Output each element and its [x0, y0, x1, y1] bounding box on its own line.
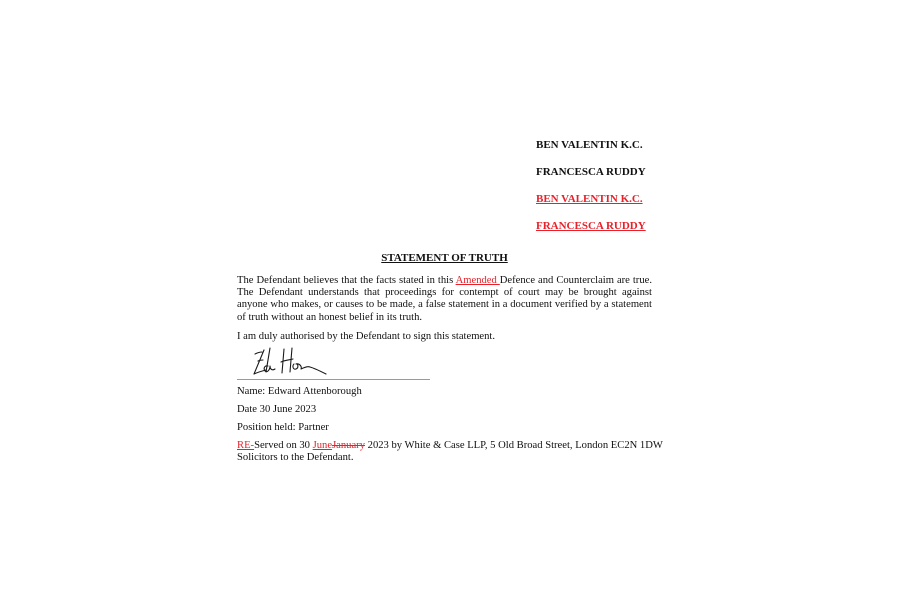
counsel-name-inserted: FRANCESCA RUDDY: [536, 220, 646, 232]
signature-icon: [250, 346, 338, 378]
inserted-revision: Amended: [456, 275, 500, 286]
service-note: RE-Served on 30 JuneJanuary 2023 by Whit…: [237, 440, 667, 464]
statement-paragraph: The Defendant believes that the facts st…: [237, 275, 652, 324]
statement-of-truth-heading: STATEMENT OF TRUTH: [237, 252, 652, 264]
counsel-name: FRANCESCA RUDDY: [536, 166, 646, 178]
inserted-revision: RE-: [237, 440, 254, 451]
signature-line: [237, 379, 430, 380]
signatory-name: Name: Edward Attenborough: [237, 386, 362, 398]
authorisation-paragraph: I am duly authorised by the Defendant to…: [237, 331, 652, 343]
statement-text: The Defendant believes that the facts st…: [237, 275, 456, 286]
signatory-position: Position held: Partner: [237, 422, 329, 434]
signature-date: Date 30 June 2023: [237, 404, 316, 416]
service-text: Served on 30: [254, 440, 313, 451]
inserted-revision: June: [313, 440, 332, 451]
counsel-name: BEN VALENTIN K.C.: [536, 139, 643, 151]
deleted-revision: January: [332, 440, 365, 451]
counsel-name-inserted: BEN VALENTIN K.C.: [536, 193, 643, 205]
